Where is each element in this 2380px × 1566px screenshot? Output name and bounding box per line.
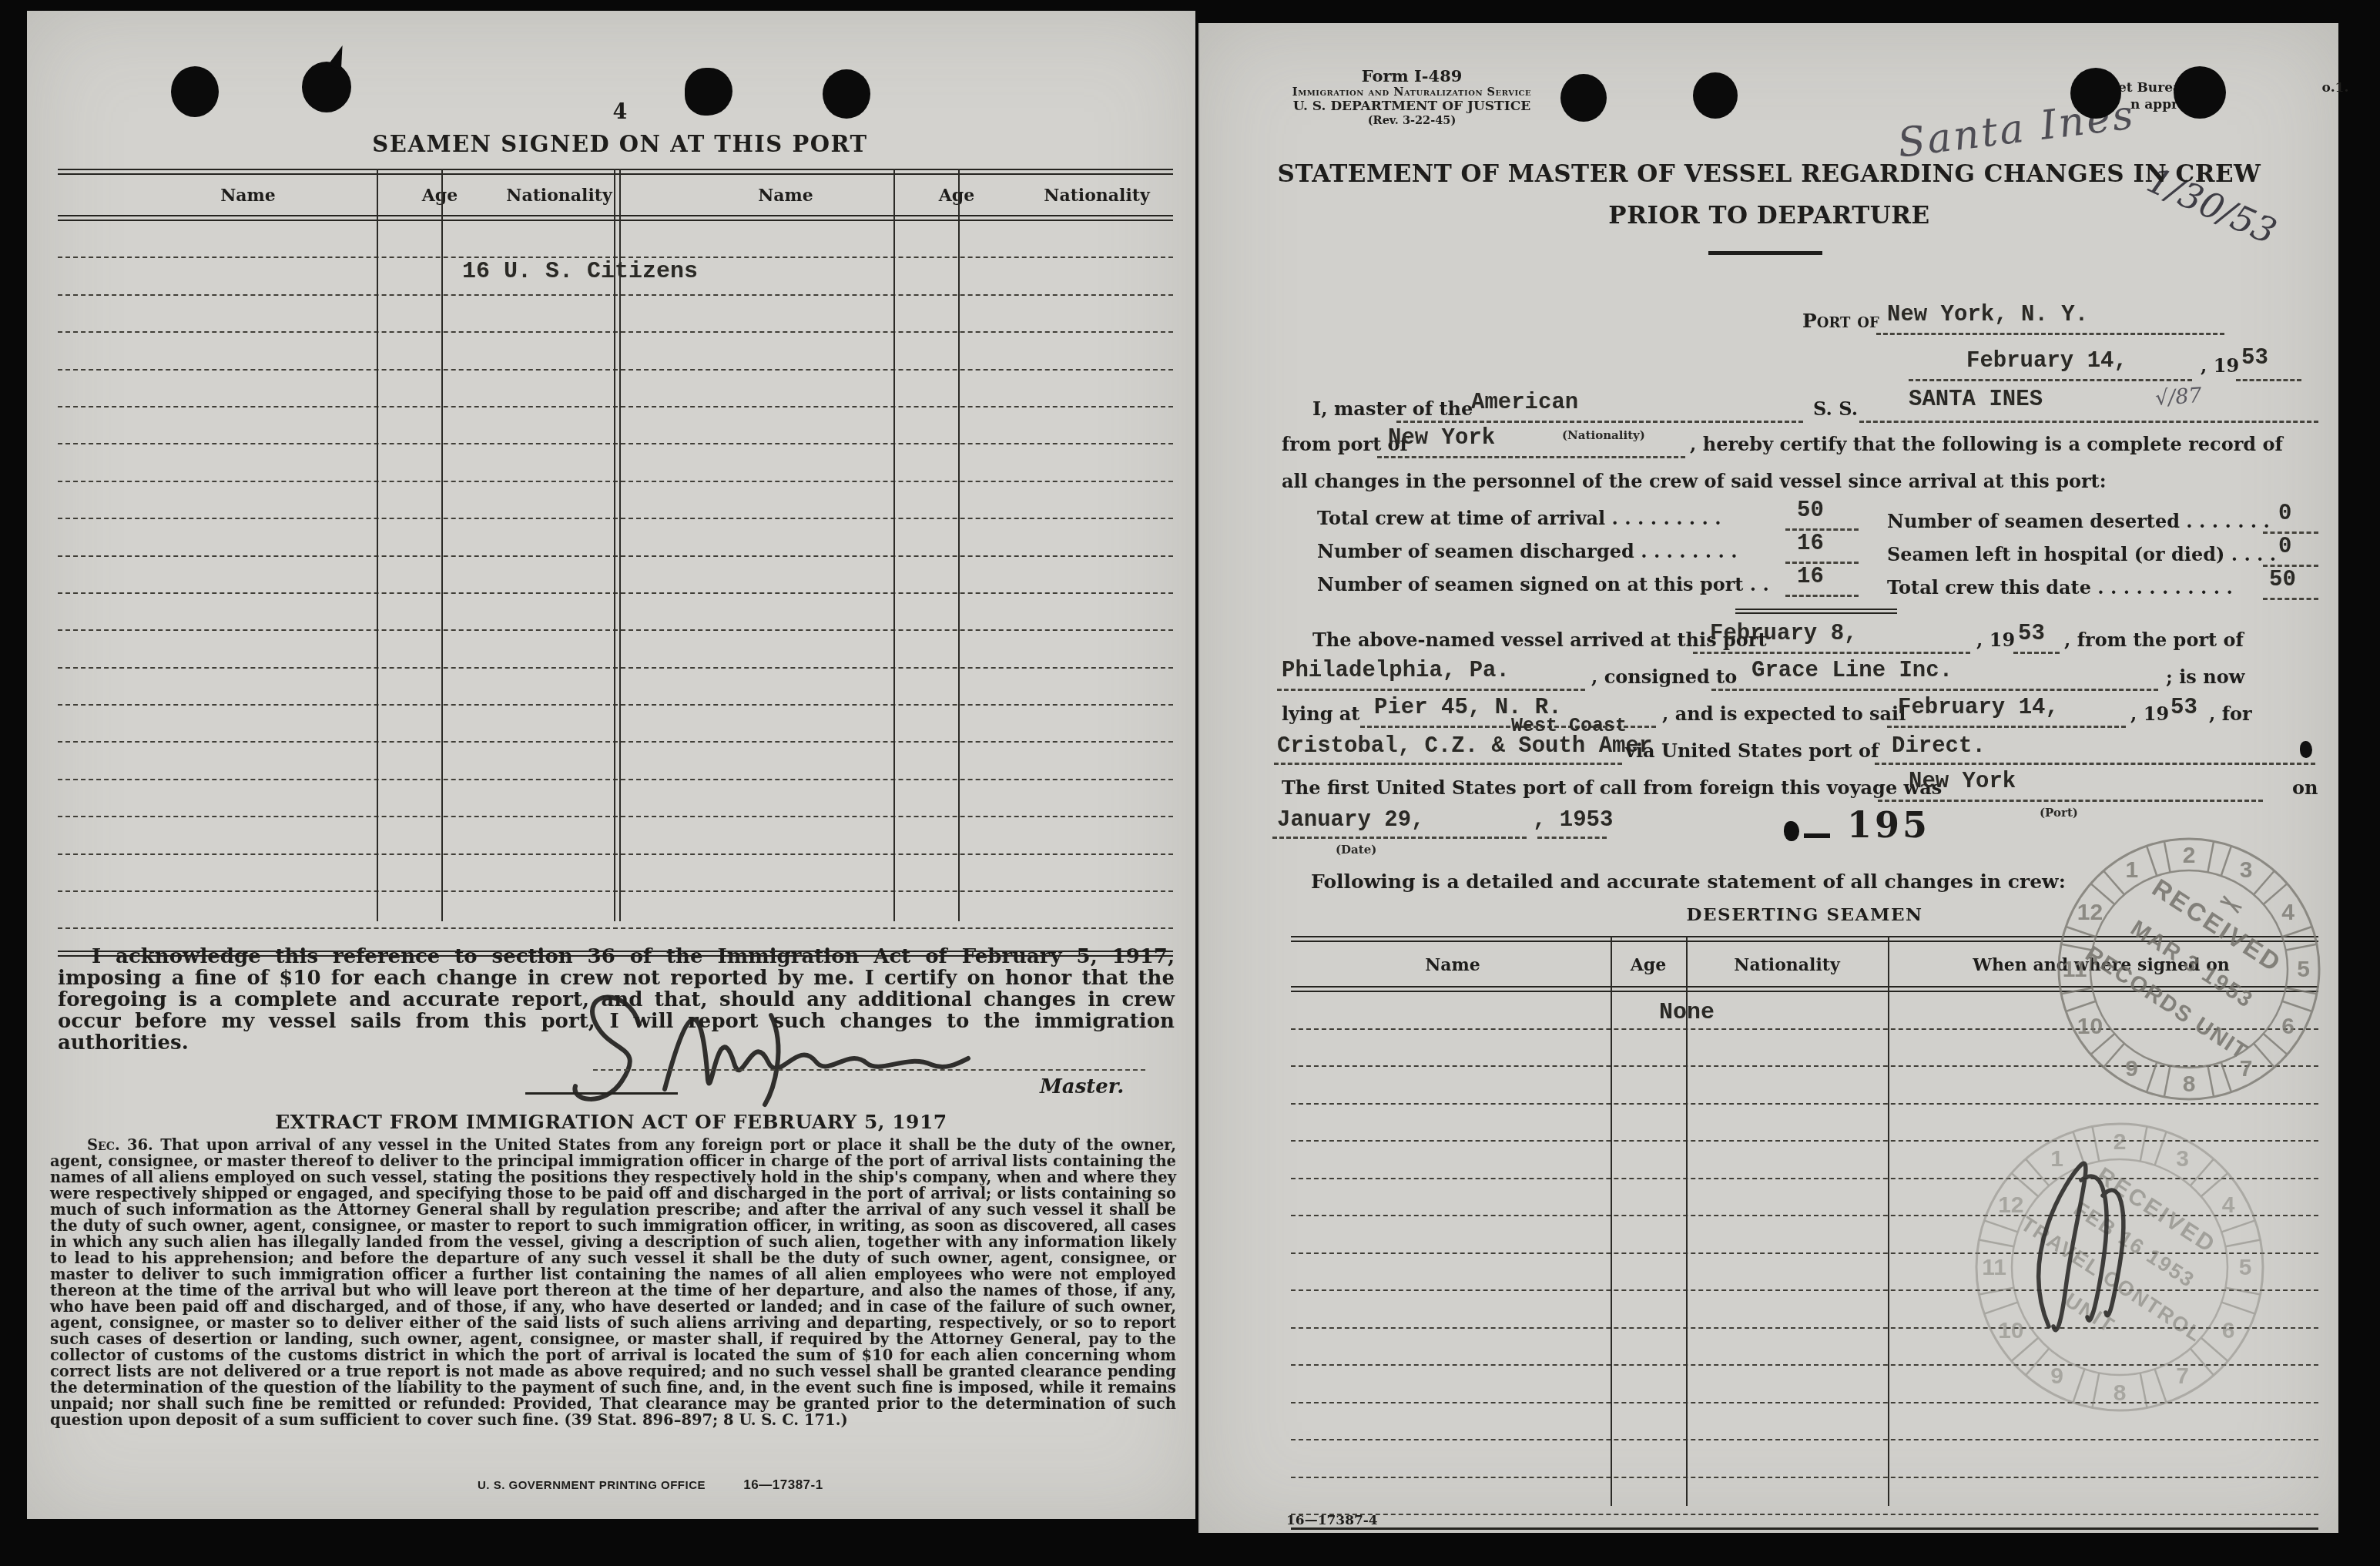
dial-tick — [2191, 1349, 2214, 1376]
left-page-title: SEAMEN SIGNED ON AT THIS PORT — [27, 131, 1213, 157]
punch-hole — [2070, 68, 2121, 119]
typed-sail-date: February 14, — [1898, 695, 2059, 720]
dial-tick — [2073, 1369, 2084, 1403]
typed-vessel: SANTA INES — [1909, 387, 2043, 412]
dial-number: 6 — [2222, 1318, 2235, 1343]
ss-label: S. S. — [1813, 397, 1858, 420]
lying-at-label: lying at — [1282, 703, 1359, 725]
dial-tick — [2225, 1240, 2260, 1247]
stamp-mark — [2221, 896, 2242, 913]
gpo-printer: U. S. GOVERNMENT PRINTING OFFICE — [478, 1479, 706, 1492]
dtable-bottom-rule — [1291, 1527, 2318, 1530]
stat-label-hospital: Seamen left in hospital (or died) . . . … — [1887, 543, 2276, 565]
dial-tick — [2221, 846, 2231, 876]
dtable-vline-1 — [1611, 936, 1612, 1506]
dial-tick — [2061, 944, 2092, 951]
table-row — [1291, 1478, 2318, 1516]
dial-number: 9 — [2050, 1363, 2063, 1389]
col-header-age: Age — [422, 186, 458, 206]
table-vline-4 — [958, 169, 960, 921]
dcol-nationality: Nationality — [1734, 955, 1839, 975]
dial-number: 5 — [2239, 1255, 2252, 1280]
stat-value-hospital: 0 — [2278, 534, 2291, 559]
extract-paragraph: Sec. 36. That upon arrival of any vessel… — [50, 1137, 1176, 1428]
dial-number: 4 — [2222, 1192, 2235, 1218]
dial-tick — [2221, 1062, 2231, 1092]
col-header-nationality: Nationality — [506, 186, 612, 206]
stamp-dash — [1804, 833, 1830, 838]
date-caption: (Date) — [1336, 843, 1376, 857]
dial-number: 8 — [2183, 1071, 2196, 1097]
sail-date-rule — [1887, 726, 2126, 728]
stat-value-total-crew: 50 — [2269, 567, 2296, 592]
dial-tick — [2164, 841, 2170, 872]
stamp-blot — [1784, 821, 1799, 841]
stat-value-signed-on: 16 — [1797, 564, 1824, 589]
stat-label-signed-on: Number of seamen signed on at this port … — [1317, 573, 1769, 595]
master-signature — [535, 964, 982, 1126]
dial-tick — [2191, 1159, 2214, 1186]
stat-value-discharged: 16 — [1797, 531, 1824, 556]
typed-destination: Cristobal, C.Z. & South Amer — [1277, 733, 1652, 759]
arrival-19: , 19 — [1976, 629, 2015, 651]
table-vline-2 — [441, 169, 443, 921]
dial-tick — [2155, 1369, 2167, 1403]
form-title-line-1: STATEMENT OF MASTER OF VESSEL REGARDING … — [1200, 160, 2338, 188]
dial-tick — [2066, 927, 2096, 937]
form-number: Form I-489 — [1246, 66, 1577, 86]
handwritten-initials — [2001, 1132, 2155, 1363]
dial-tick — [2282, 927, 2312, 937]
dcol-name: Name — [1425, 955, 1480, 975]
right-page: Form I-489 Immigration and Naturalizatio… — [1198, 23, 2338, 1533]
dial-number: 8 — [2114, 1380, 2127, 1406]
stat-rule — [1785, 595, 1859, 597]
printed-19: , 19 — [2201, 354, 2239, 377]
dial-tick — [2061, 988, 2092, 994]
dial-tick — [2221, 1303, 2255, 1314]
punch-hole — [823, 69, 870, 119]
fromport-rule — [1377, 456, 1685, 458]
bureau-fragment-b: o.1. — [2322, 80, 2349, 96]
fromport-post: , hereby certify that the following is a… — [1690, 433, 2283, 455]
typed-consignee: Grace Line Inc. — [1751, 658, 1953, 683]
table-vline-1 — [377, 169, 378, 921]
dial-number: 3 — [2176, 1146, 2189, 1172]
left-page: 4 SEAMEN SIGNED ON AT THIS PORT Name Age… — [27, 11, 1195, 1519]
dial-tick — [2254, 871, 2274, 895]
dial-tick — [2147, 1062, 2157, 1092]
extract-lead: Sec. 36. — [87, 1136, 153, 1154]
dial-tick — [2103, 1044, 2124, 1068]
typed-none: None — [1659, 1000, 1715, 1026]
form-revision: (Rev. 3-22-45) — [1246, 114, 1577, 127]
dial-number: 6 — [2281, 1014, 2295, 1039]
sail-for-label: , for — [2209, 703, 2252, 725]
master-caption: Master. — [1040, 1075, 1124, 1098]
port-caption: (Port) — [2040, 806, 2078, 820]
dial-tick — [2093, 1373, 2100, 1407]
typed-1953: , 1953 — [1533, 807, 1613, 833]
typed-nationality: American — [1471, 390, 1578, 415]
punch-hole — [1693, 72, 1738, 119]
year1953-rule — [1537, 837, 1607, 839]
dial-tick — [2286, 988, 2317, 994]
handwritten-check: √/87 — [2154, 384, 2203, 411]
dial-number: 9 — [2125, 1056, 2138, 1081]
first-port-pre: The first United States port of call fro… — [1282, 776, 1942, 799]
typed-arrival-date: February 8, — [1710, 621, 1857, 646]
first-date-rule — [1272, 837, 1527, 839]
stat-label-arrival: Total crew at time of arrival . . . . . … — [1317, 507, 1721, 529]
dial-tick — [2282, 1001, 2312, 1011]
col-header-name-2: Name — [758, 186, 813, 206]
title-rule — [1708, 251, 1822, 255]
table-row — [1291, 1440, 2318, 1478]
dial-number: 5 — [2297, 957, 2310, 982]
following-line: Following is a detailed and accurate sta… — [1311, 870, 2066, 893]
typed-first-port-date: January 29, — [1277, 807, 1424, 833]
dtable-vline-3 — [1888, 936, 1889, 1506]
dial-number: 10 — [2077, 1014, 2103, 1039]
form-id-block: Form I-489 Immigration and Naturalizatio… — [1246, 66, 1577, 127]
scanned-document: 4 SEAMEN SIGNED ON AT THIS PORT Name Age… — [0, 0, 2380, 1566]
dial-tick — [2103, 871, 2124, 895]
dial-tick — [2221, 1220, 2255, 1232]
typed-arrival-year: 53 — [2018, 621, 2045, 646]
dial-number: 4 — [2281, 900, 2295, 925]
col-header-name: Name — [220, 186, 276, 206]
dial-tick — [2207, 1066, 2214, 1097]
stat-label-deserted: Number of seamen deserted . . . . . . . — [1887, 510, 2270, 532]
typed-date: February 14, — [1966, 348, 2127, 374]
typed-fromport: New York — [1388, 425, 1495, 451]
form-title-line-2: PRIOR TO DEPARTURE — [1200, 202, 2338, 230]
year-rule — [2236, 379, 2301, 381]
direct-rule — [1875, 763, 2315, 765]
arrival-date-rule — [1693, 652, 1970, 654]
form-department: U. S. DEPARTMENT OF JUSTICE — [1246, 99, 1577, 114]
dial-tick — [2207, 841, 2214, 872]
ink-blot — [2300, 741, 2312, 758]
dial-tick — [2147, 846, 2157, 876]
dial-tick — [2286, 944, 2317, 951]
stat-value-arrival: 50 — [1797, 498, 1824, 523]
arrival-pre: The above-named vessel arrived at this p… — [1312, 629, 1767, 651]
nationality-rule — [1396, 421, 1803, 423]
dcol-age: Age — [1631, 955, 1666, 975]
dial-number: 3 — [2240, 857, 2253, 883]
typed-first-port: New York — [1909, 769, 2016, 794]
via-label: via United States port of — [1625, 739, 1879, 762]
dial-number: 7 — [2176, 1363, 2189, 1389]
port-of-label: Port of — [1802, 310, 1879, 332]
from-port-rule — [1277, 689, 1585, 691]
punch-hole — [171, 66, 219, 117]
arrival-year-rule — [2013, 652, 2060, 654]
expected-sail-label: , and is expected to sail — [1662, 703, 1906, 725]
punch-hole — [2174, 66, 2226, 119]
typed-crew-entry: 16 U. S. Citizens — [462, 259, 698, 285]
punch-hole — [302, 62, 351, 112]
typed-from-port-city: Philadelphia, Pa. — [1282, 658, 1510, 683]
form-agency: Immigration and Naturalization Service — [1246, 86, 1577, 99]
col-header-nationality-2: Nationality — [1044, 186, 1149, 206]
dial-tick — [2155, 1132, 2167, 1165]
dial-tick — [2225, 1288, 2260, 1295]
master-pre: I, master of the — [1312, 397, 1473, 420]
nationality-caption: (Nationality) — [1562, 428, 1645, 442]
dial-tick — [2254, 1044, 2274, 1068]
vessel-rule — [1859, 421, 2318, 423]
on-label: on — [2292, 776, 2318, 799]
col-header-age-2: Age — [939, 186, 974, 206]
dial-number: 12 — [2077, 900, 2103, 925]
right-print-code: 16—17387-4 — [1286, 1513, 1378, 1528]
consigned-label: , consigned to — [1591, 666, 1737, 688]
dial-tick — [2066, 1001, 2096, 1011]
stat-value-deserted: 0 — [2278, 501, 2291, 526]
port-rule — [1876, 333, 2224, 335]
sail-19: , 19 — [2130, 703, 2169, 725]
table-vline-3 — [893, 169, 895, 921]
punch-hole — [1560, 74, 1607, 122]
stats-divider — [1735, 609, 1897, 614]
typed-sail-year: 53 — [2170, 695, 2197, 720]
printed-big-195: 195 — [1847, 804, 1930, 846]
short-rule — [525, 1092, 678, 1095]
dial-tick — [2140, 1373, 2147, 1407]
dial-number: 2 — [2183, 843, 2196, 868]
bureau-line-1: get Bureau No. o.1. — [2109, 80, 2348, 96]
date-rule — [1909, 379, 2192, 381]
typed-port: New York, N. Y. — [1887, 302, 2088, 327]
dial-tick — [2164, 1066, 2170, 1097]
arrival-post: , from the port of — [2064, 629, 2244, 651]
all-changes-line: all changes in the personnel of the crew… — [1282, 470, 2107, 492]
stat-label-total-crew: Total crew this date . . . . . . . . . .… — [1887, 576, 2233, 599]
received-records-stamp: 121234567891011 RECEIVED MAR 3 1953 RECO… — [2050, 830, 2328, 1108]
gpo-code: 16—17387-1 — [743, 1477, 823, 1492]
is-now-label: ; is now — [2166, 666, 2244, 688]
gpo-footer: U. S. GOVERNMENT PRINTING OFFICE 16—1738… — [478, 1477, 823, 1493]
signature-rule — [593, 1069, 1145, 1071]
first-port-rule — [1878, 800, 2263, 802]
typed-direct: Direct. — [1892, 733, 1986, 759]
extract-body: That upon arrival of any vessel in the U… — [50, 1136, 1176, 1429]
dial-number: 1 — [2125, 857, 2138, 883]
dtable-tail — [1291, 1515, 2318, 1527]
stat-rule — [2263, 598, 2318, 600]
extract-title: EXTRACT FROM IMMIGRATION ACT OF FEBRUARY… — [27, 1111, 1195, 1133]
consignee-rule — [1711, 689, 2158, 691]
typed-year: 53 — [2241, 345, 2268, 371]
destination-rule — [1274, 763, 1622, 765]
stat-label-discharged: Number of seamen discharged . . . . . . … — [1317, 540, 1738, 562]
